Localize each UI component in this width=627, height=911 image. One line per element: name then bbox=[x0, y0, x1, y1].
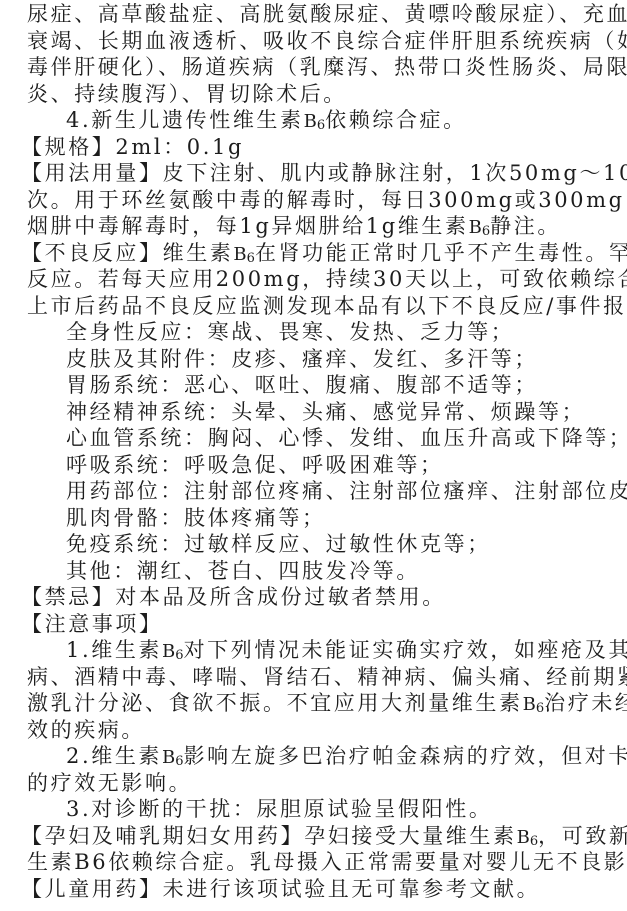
dosage-line-3: 烟肼中毒解毒时，每1g异烟肼给1g维生素B6静注。 bbox=[0, 213, 627, 240]
text: 影响左旋多巴治疗帕金森病的疗效，但对卡比多巴 bbox=[184, 744, 627, 768]
adverse-item: 免疫系统：过敏样反应、过敏性休克等； bbox=[0, 531, 627, 558]
adverse-item: 其他：潮红、苍白、四肢发冷等。 bbox=[0, 558, 627, 585]
vitamin-subscript: 6 bbox=[530, 834, 538, 849]
precaution-2-line-1: 2.维生素B6影响左旋多巴治疗帕金森病的疗效，但对卡比多巴 bbox=[0, 743, 627, 770]
text: 1.维生素 bbox=[66, 638, 162, 662]
vitamin-b-letter: B bbox=[469, 217, 482, 238]
precautions-heading: 【注意事项】 bbox=[21, 612, 163, 636]
spec-text: 2ml：0.1g bbox=[115, 135, 244, 159]
spec-section: 【规格】2ml：0.1g bbox=[0, 134, 627, 161]
pediatric-text: 未进行该项试验且无可靠参考文献。 bbox=[163, 877, 541, 901]
text: 治疗未经证实有 bbox=[544, 691, 627, 715]
text: 对下列情况未能证实确实疗效，如痤疮及其他皮肤 bbox=[184, 638, 627, 662]
contraindications-text: 对本品及所含成份过敏者禁用。 bbox=[115, 585, 445, 609]
precaution-3: 3.对诊断的干扰：尿胆原试验呈假阳性。 bbox=[0, 796, 627, 823]
text: 激乳汁分泌、食欲不振。不宜应用大剂量维生素 bbox=[27, 691, 523, 715]
indications-line-2: 衰竭、长期血液透析、吸收不良综合症伴肝胆系统疾病（如酒精中 bbox=[0, 28, 627, 55]
indication-item-4: 4.新生儿遗传性维生素B6依赖综合症。 bbox=[0, 107, 627, 134]
vitamin-b-letter: B bbox=[162, 747, 175, 768]
pregnancy-heading: 【孕妇及哺乳期妇女用药】 bbox=[21, 824, 304, 848]
precaution-1-line-4: 效的疾病。 bbox=[0, 717, 627, 744]
contraindications-heading: 【禁忌】 bbox=[21, 585, 115, 609]
spec-heading: 【规格】 bbox=[21, 135, 115, 159]
adverse-item: 用药部位：注射部位疼痛、注射部位瘙痒、注射部位皮疹等； bbox=[0, 478, 627, 505]
text: 烟肼中毒解毒时，每1g异烟肼给1g维生素 bbox=[27, 214, 469, 238]
pregnancy-section-line-1: 【孕妇及哺乳期妇女用药】孕妇接受大量维生素B6，可致新生儿维 bbox=[0, 823, 627, 850]
text: 在肾功能正常时几乎不产生毒性。罕见过敏 bbox=[255, 241, 627, 265]
adverse-item: 全身性反应：寒战、畏寒、发热、乏力等； bbox=[0, 319, 627, 346]
adverse-line-2: 反应。若每天应用200mg，持续30天以上，可致依赖综合症。 bbox=[0, 266, 627, 293]
adverse-item: 心血管系统：胸闷、心悸、发绀、血压升高或下降等； bbox=[0, 425, 627, 452]
indications-line-4: 炎、持续腹泻）、胃切除术后。 bbox=[0, 81, 627, 108]
pediatric-section: 【儿童用药】未进行该项试验且无可靠参考文献。 bbox=[0, 876, 627, 903]
adverse-line-3: 上市后药品不良反应监测发现本品有以下不良反应/事件报告： bbox=[0, 293, 627, 320]
vitamin-subscript: 6 bbox=[317, 118, 325, 133]
vitamin-subscript: 6 bbox=[175, 648, 183, 663]
pregnancy-line-2: 生素B6依赖综合症。乳母摄入正常需要量对婴儿无不良影响。 bbox=[0, 849, 627, 876]
dosage-heading: 【用法用量】 bbox=[21, 161, 163, 185]
vitamin-b-letter: B bbox=[233, 244, 246, 265]
adverse-item: 肌肉骨骼：肢体疼痛等； bbox=[0, 505, 627, 532]
adverse-section-line-1: 【不良反应】维生素B6在肾功能正常时几乎不产生毒性。罕见过敏 bbox=[0, 240, 627, 267]
precautions-heading-line: 【注意事项】 bbox=[0, 611, 627, 638]
vitamin-subscript: 6 bbox=[536, 701, 544, 716]
vitamin-subscript: 6 bbox=[247, 251, 255, 266]
text: 孕妇接受大量维生素 bbox=[304, 824, 516, 848]
text: 静注。 bbox=[490, 214, 561, 238]
text: 维生素 bbox=[163, 241, 234, 265]
pediatric-heading: 【儿童用药】 bbox=[21, 877, 163, 901]
text: 4.新生儿遗传性维生素 bbox=[66, 108, 304, 132]
dosage-text: 皮下注射、肌内或静脉注射，1次50mg～100mg，1日1 bbox=[163, 161, 627, 185]
vitamin-subscript: 6 bbox=[175, 754, 183, 769]
precaution-2-line-2: 的疗效无影响。 bbox=[0, 770, 627, 797]
contraindications-section: 【禁忌】对本品及所含成份过敏者禁用。 bbox=[0, 584, 627, 611]
indications-line-1: 尿症、高草酸盐症、高胱氨酸尿症、黄嘌呤酸尿症）、充血性心力 bbox=[0, 1, 627, 28]
vitamin-b-letter: B bbox=[162, 641, 175, 662]
dosage-line-2: 次。用于环丝氨酸中毒的解毒时，每日300mg或300mg以上。用于异 bbox=[0, 187, 627, 214]
drug-label-document: 尿症、高草酸盐症、高胱氨酸尿症、黄嘌呤酸尿症）、充血性心力 衰竭、长期血液透析、… bbox=[0, 1, 627, 902]
text: 依赖综合症。 bbox=[325, 108, 467, 132]
text: 2.维生素 bbox=[66, 744, 162, 768]
text: ，可致新生儿维 bbox=[538, 824, 627, 848]
adverse-item: 呼吸系统：呼吸急促、呼吸困难等； bbox=[0, 452, 627, 479]
vitamin-b-letter: B bbox=[523, 694, 536, 715]
precaution-1-line-1: 1.维生素B6对下列情况未能证实确实疗效，如痤疮及其他皮肤 bbox=[0, 637, 627, 664]
adverse-item: 皮肤及其附件：皮疹、瘙痒、发红、多汗等； bbox=[0, 346, 627, 373]
indications-line-3: 毒伴肝硬化）、肠道疾病（乳糜泻、热带口炎性肠炎、局限性肠 bbox=[0, 54, 627, 81]
adverse-item: 胃肠系统：恶心、呕吐、腹痛、腹部不适等； bbox=[0, 372, 627, 399]
adverse-heading: 【不良反应】 bbox=[21, 241, 163, 265]
vitamin-subscript: 6 bbox=[482, 224, 490, 239]
dosage-section-line-1: 【用法用量】皮下注射、肌内或静脉注射，1次50mg～100mg，1日1 bbox=[0, 160, 627, 187]
vitamin-b-letter: B bbox=[304, 111, 317, 132]
precaution-1-line-2: 病、酒精中毒、哮喘、肾结石、精神病、偏头痛、经前期紧张、刺 bbox=[0, 664, 627, 691]
adverse-item: 神经精神系统：头晕、头痛、感觉异常、烦躁等； bbox=[0, 399, 627, 426]
precaution-1-line-3: 激乳汁分泌、食欲不振。不宜应用大剂量维生素B6治疗未经证实有 bbox=[0, 690, 627, 717]
vitamin-b-letter: B bbox=[517, 827, 530, 848]
